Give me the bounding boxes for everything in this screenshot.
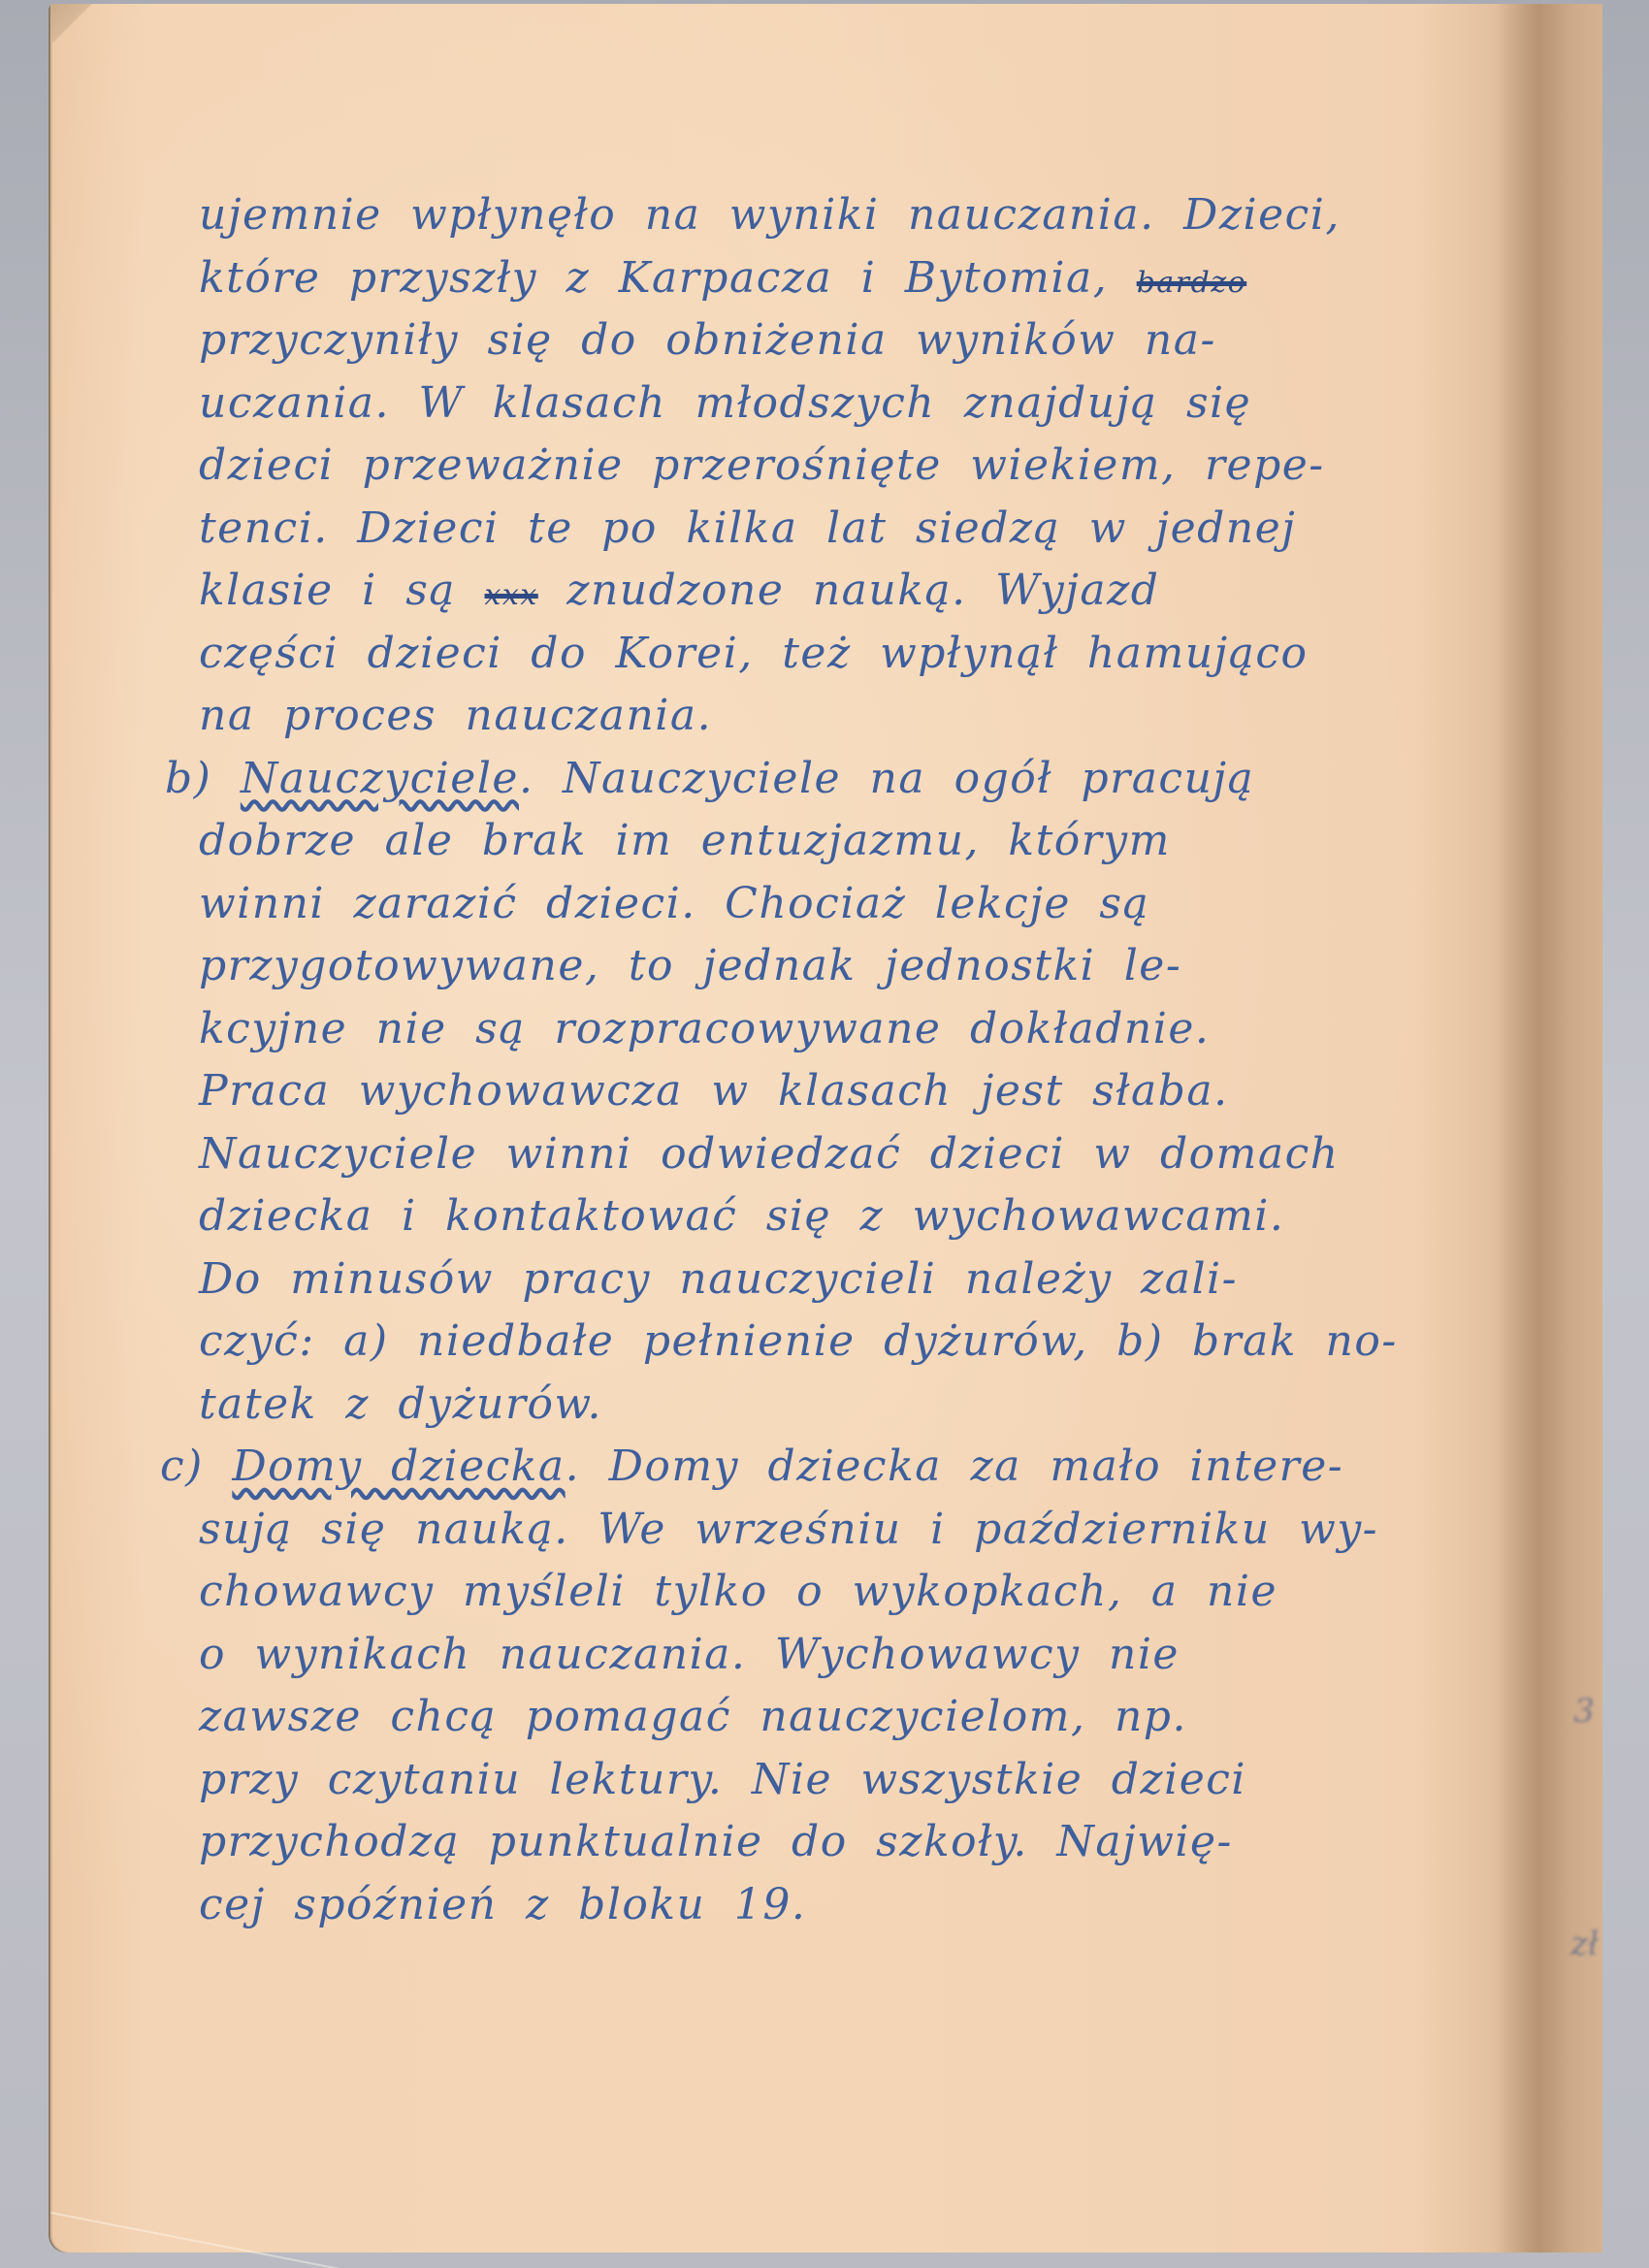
text-line: Nauczyciele winni odwiedzać dzieci w dom… <box>199 1123 1537 1186</box>
section-heading: Domy dziecka <box>232 1442 565 1491</box>
text-line: winni zarazić dzieci. Chociaż lekcje są <box>199 873 1537 936</box>
text-line: cej spóźnień z bloku 19. <box>199 1874 1537 1937</box>
text-line: zawsze chcą pomagać nauczycielom, np. <box>199 1686 1537 1749</box>
facing-page-bleed-text: 3 <box>1573 1692 1595 1731</box>
text-line: sują się nauką. We wrześniu i październi… <box>199 1499 1537 1562</box>
text-line: przygotowywane, to jednak jednostki le- <box>199 935 1537 998</box>
section-c-heading-line: c) Domy dziecka. Domy dziecka za mało in… <box>160 1436 1537 1499</box>
crossed-out-word: xxx <box>485 578 538 612</box>
section-b-heading-line: b) Nauczyciele. Nauczyciele na ogół prac… <box>165 748 1537 811</box>
text-line: przychodzą punktualnie do szkoły. Najwię… <box>199 1811 1537 1874</box>
text-line: tatek z dyżurów. <box>199 1374 1537 1437</box>
text-line: na proces nauczania. <box>199 685 1537 748</box>
text-line: części dzieci do Korei, też wpłynął hamu… <box>199 623 1537 686</box>
text-line: uczania. W klasach młodszych znajdują si… <box>199 373 1537 436</box>
text-line: o wynikach nauczania. Wychowawcy nie <box>199 1624 1537 1687</box>
text-line: przyczyniły się do obniżenia wyników na- <box>199 309 1537 373</box>
text-line: kcyjne nie są rozpracowywane dokładnie. <box>199 998 1537 1061</box>
text-line: dobrze ale brak im entuzjazmu, którym <box>199 810 1537 873</box>
crossed-out-word: bardzo <box>1137 266 1247 300</box>
section-marker: c) <box>160 1442 204 1491</box>
text-line: klasie i są xxx znudzone nauką. Wyjazd <box>199 560 1537 623</box>
text-line: dzieci przeważnie przerośnięte wiekiem, … <box>199 435 1537 498</box>
scanned-document: 3 zł ujemnie wpłynęło na wyniki nauczani… <box>0 0 1649 2268</box>
text-line: Do minusów pracy nauczycieli należy zali… <box>199 1248 1537 1312</box>
text-line: które przyszły z Karpacza i Bytomia, bar… <box>199 247 1537 310</box>
section-marker: b) <box>165 754 211 803</box>
text-line: dziecka i kontaktować się z wychowawcami… <box>199 1185 1537 1248</box>
text-line: przy czytaniu lektury. Nie wszystkie dzi… <box>199 1749 1537 1812</box>
facing-page-bleed-text: zł <box>1570 1925 1599 1963</box>
text-line: ujemnie wpłynęło na wyniki nauczania. Dz… <box>199 184 1537 247</box>
text-line: tenci. Dzieci te po kilka lat siedzą w j… <box>199 498 1537 561</box>
handwritten-text: ujemnie wpłynęło na wyniki nauczania. Dz… <box>199 184 1537 1936</box>
text-line: czyć: a) niedbałe pełnienie dyżurów, b) … <box>199 1311 1537 1374</box>
text-line: chowawcy myśleli tylko o wykopkach, a ni… <box>199 1561 1537 1624</box>
text-line: Praca wychowawcza w klasach jest słaba. <box>199 1060 1537 1123</box>
section-heading: Nauczyciele <box>241 754 519 803</box>
